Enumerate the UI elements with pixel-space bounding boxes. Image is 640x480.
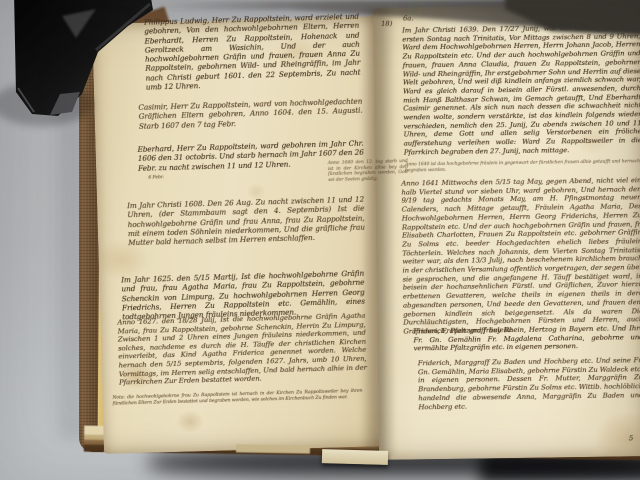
top-right-cover-mass [505, 0, 640, 36]
archival-photo-open-manuscript-book: Philippus Ludwig, Herr Zu Rappoltstein, … [0, 0, 640, 480]
photo-overlay-shapes [0, 0, 640, 480]
